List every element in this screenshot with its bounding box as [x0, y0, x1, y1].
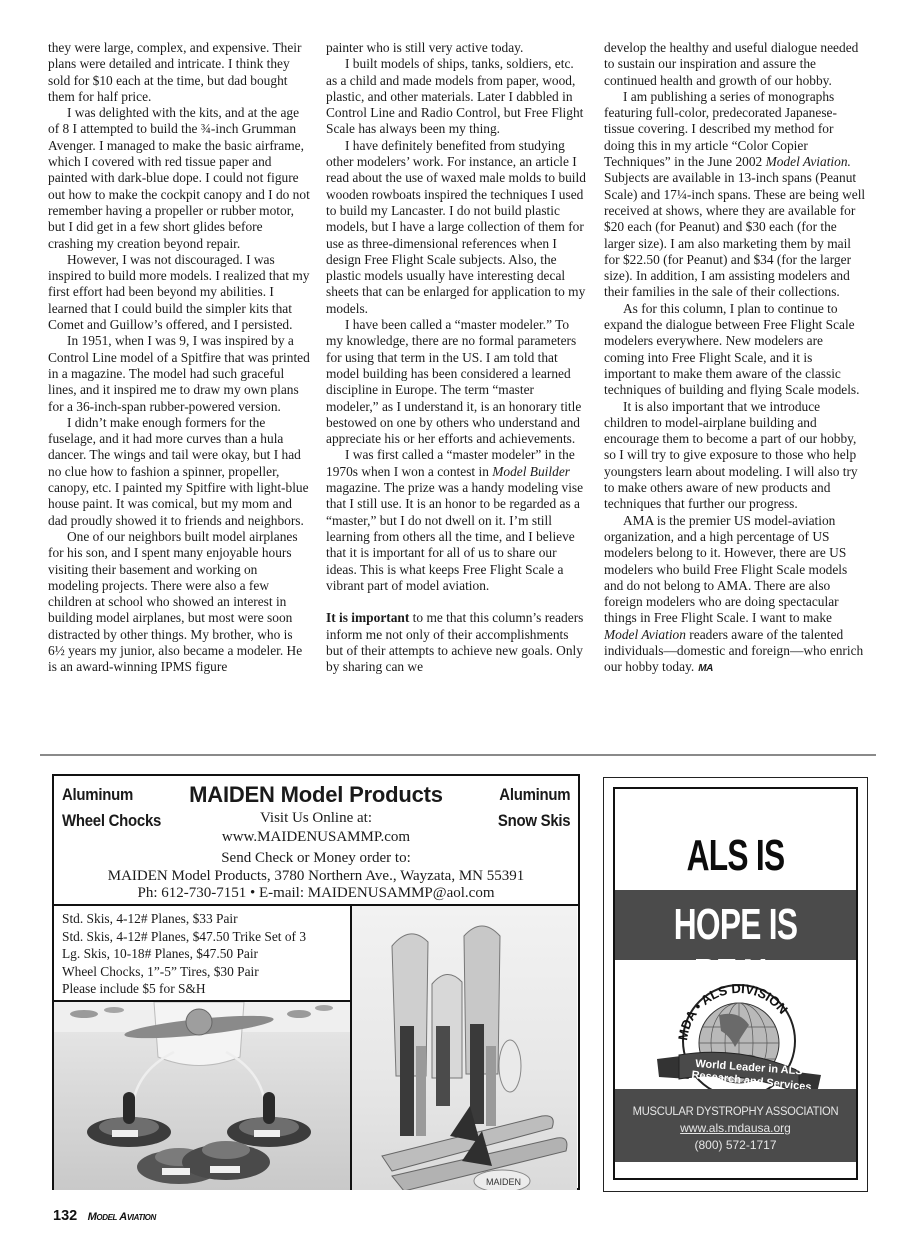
visit-label: Visit Us Online at: — [54, 809, 578, 828]
paragraph: I was delighted with the kits, and at th… — [48, 105, 310, 252]
text-run: Subjects are available in 13-inch spans … — [604, 170, 865, 299]
page-number: 132 — [53, 1208, 77, 1224]
contact-info: Ph: 612-730-7151 • E-mail: MAIDENUSAMMP@… — [54, 885, 578, 903]
paragraph: they were large, complex, and expensive.… — [48, 40, 310, 105]
title-line: Aluminum — [498, 782, 570, 808]
subheadline-band: HOPE IS REAL — [615, 890, 856, 960]
send-label: Send Check or Money order to: — [54, 850, 578, 868]
price-item: Please include $5 for S&H — [62, 980, 342, 998]
svg-text:MAIDEN: MAIDEN — [486, 1177, 521, 1187]
paragraph: However, I was not discouraged. I was in… — [48, 252, 310, 333]
text-run: magazine. The prize was a handy modeling… — [326, 480, 583, 593]
website-block: Visit Us Online at: www.MAIDENUSAMMP.com — [54, 809, 578, 847]
organization-name: MUSCULAR DYSTROPHY ASSOCIATION — [625, 1104, 847, 1118]
mda-als-division-logo: MDA • ALS DIVISION World Leader in ALS R… — [649, 975, 829, 1105]
price-item: Wheel Chocks, 1”-5” Tires, $30 Pair — [62, 963, 342, 981]
paragraph: I have definitely benefited from studyin… — [326, 138, 588, 317]
paragraph: I am publishing a series of monographs f… — [604, 89, 866, 301]
section-divider — [40, 754, 876, 756]
phone-number: (800) 572-1717 — [615, 1138, 856, 1152]
paragraph: I have been called a “master modeler.” T… — [326, 317, 588, 447]
paragraph: One of our neighbors built model airplan… — [48, 529, 310, 676]
paragraph: It is also important that we introduce c… — [604, 399, 866, 513]
maiden-advertisement: Aluminum Wheel Chocks MAIDEN Model Produ… — [52, 774, 580, 1190]
text-run: AMA is the premier US model-aviation org… — [604, 513, 847, 626]
article-column-1: they were large, complex, and expensive.… — [48, 40, 310, 676]
paragraph: AMA is the premier US model-aviation org… — [604, 513, 866, 678]
ad-body: Std. Skis, 4-12# Planes, $33 Pair Std. S… — [54, 906, 578, 1190]
paragraph: In 1951, when I was 9, I was inspired by… — [48, 333, 310, 414]
paragraph: I was first called a “master modeler” in… — [326, 447, 588, 594]
als-advertisement: ALS IS REAL HOPE IS REAL — [603, 777, 868, 1192]
magazine-name: Model Aviation — [88, 1211, 156, 1223]
website-link[interactable]: www.MAIDENUSAMMP.com — [54, 828, 578, 847]
website-link[interactable]: www.als.mdausa.org — [615, 1121, 856, 1135]
price-item: Std. Skis, 4-12# Planes, $47.50 Trike Se… — [62, 928, 342, 946]
als-ad-frame: ALS IS REAL HOPE IS REAL — [613, 787, 858, 1180]
contact-band: MUSCULAR DYSTROPHY ASSOCIATION www.als.m… — [615, 1089, 856, 1162]
magazine-title: Model Aviation. — [766, 154, 851, 169]
snow-skis-illustration: MAIDEN — [352, 906, 577, 1190]
end-mark-icon: MA — [698, 663, 713, 674]
paragraph: I built models of ships, tanks, soldiers… — [326, 56, 588, 137]
article-column-3: develop the healthy and useful dialogue … — [604, 40, 866, 678]
paragraph: painter who is still very active today. — [326, 40, 588, 56]
lead-in: It is important — [326, 610, 409, 625]
paragraph: I didn’t make enough formers for the fus… — [48, 415, 310, 529]
price-item: Std. Skis, 4-12# Planes, $33 Pair — [62, 910, 342, 928]
article-column-2: painter who is still very active today. … — [326, 40, 588, 676]
order-block: Send Check or Money order to: MAIDEN Mod… — [54, 850, 578, 903]
ad-header: Aluminum Wheel Chocks MAIDEN Model Produ… — [54, 776, 578, 906]
snow-skis-photo: MAIDEN — [352, 906, 577, 1190]
magazine-title: Model Builder — [492, 464, 570, 479]
magazine-title: Model Aviation — [604, 627, 686, 642]
paragraph: As for this column, I plan to continue t… — [604, 301, 866, 399]
price-item: Lg. Skis, 10-18# Planes, $47.50 Pair — [62, 945, 342, 963]
paragraph: develop the healthy and useful dialogue … — [604, 40, 866, 89]
airplane-wheel-chocks-illustration — [54, 1002, 350, 1190]
price-list: Std. Skis, 4-12# Planes, $33 Pair Std. S… — [54, 906, 352, 1002]
wheel-chocks-photo — [54, 1002, 352, 1190]
paragraph: It is important to me that this column’s… — [326, 610, 588, 675]
mailing-address: MAIDEN Model Products, 3780 Northern Ave… — [54, 868, 578, 886]
page-footer: 132 Model Aviation — [53, 1207, 156, 1225]
globe-icon: MDA • ALS DIVISION World Leader in ALS R… — [649, 975, 829, 1105]
